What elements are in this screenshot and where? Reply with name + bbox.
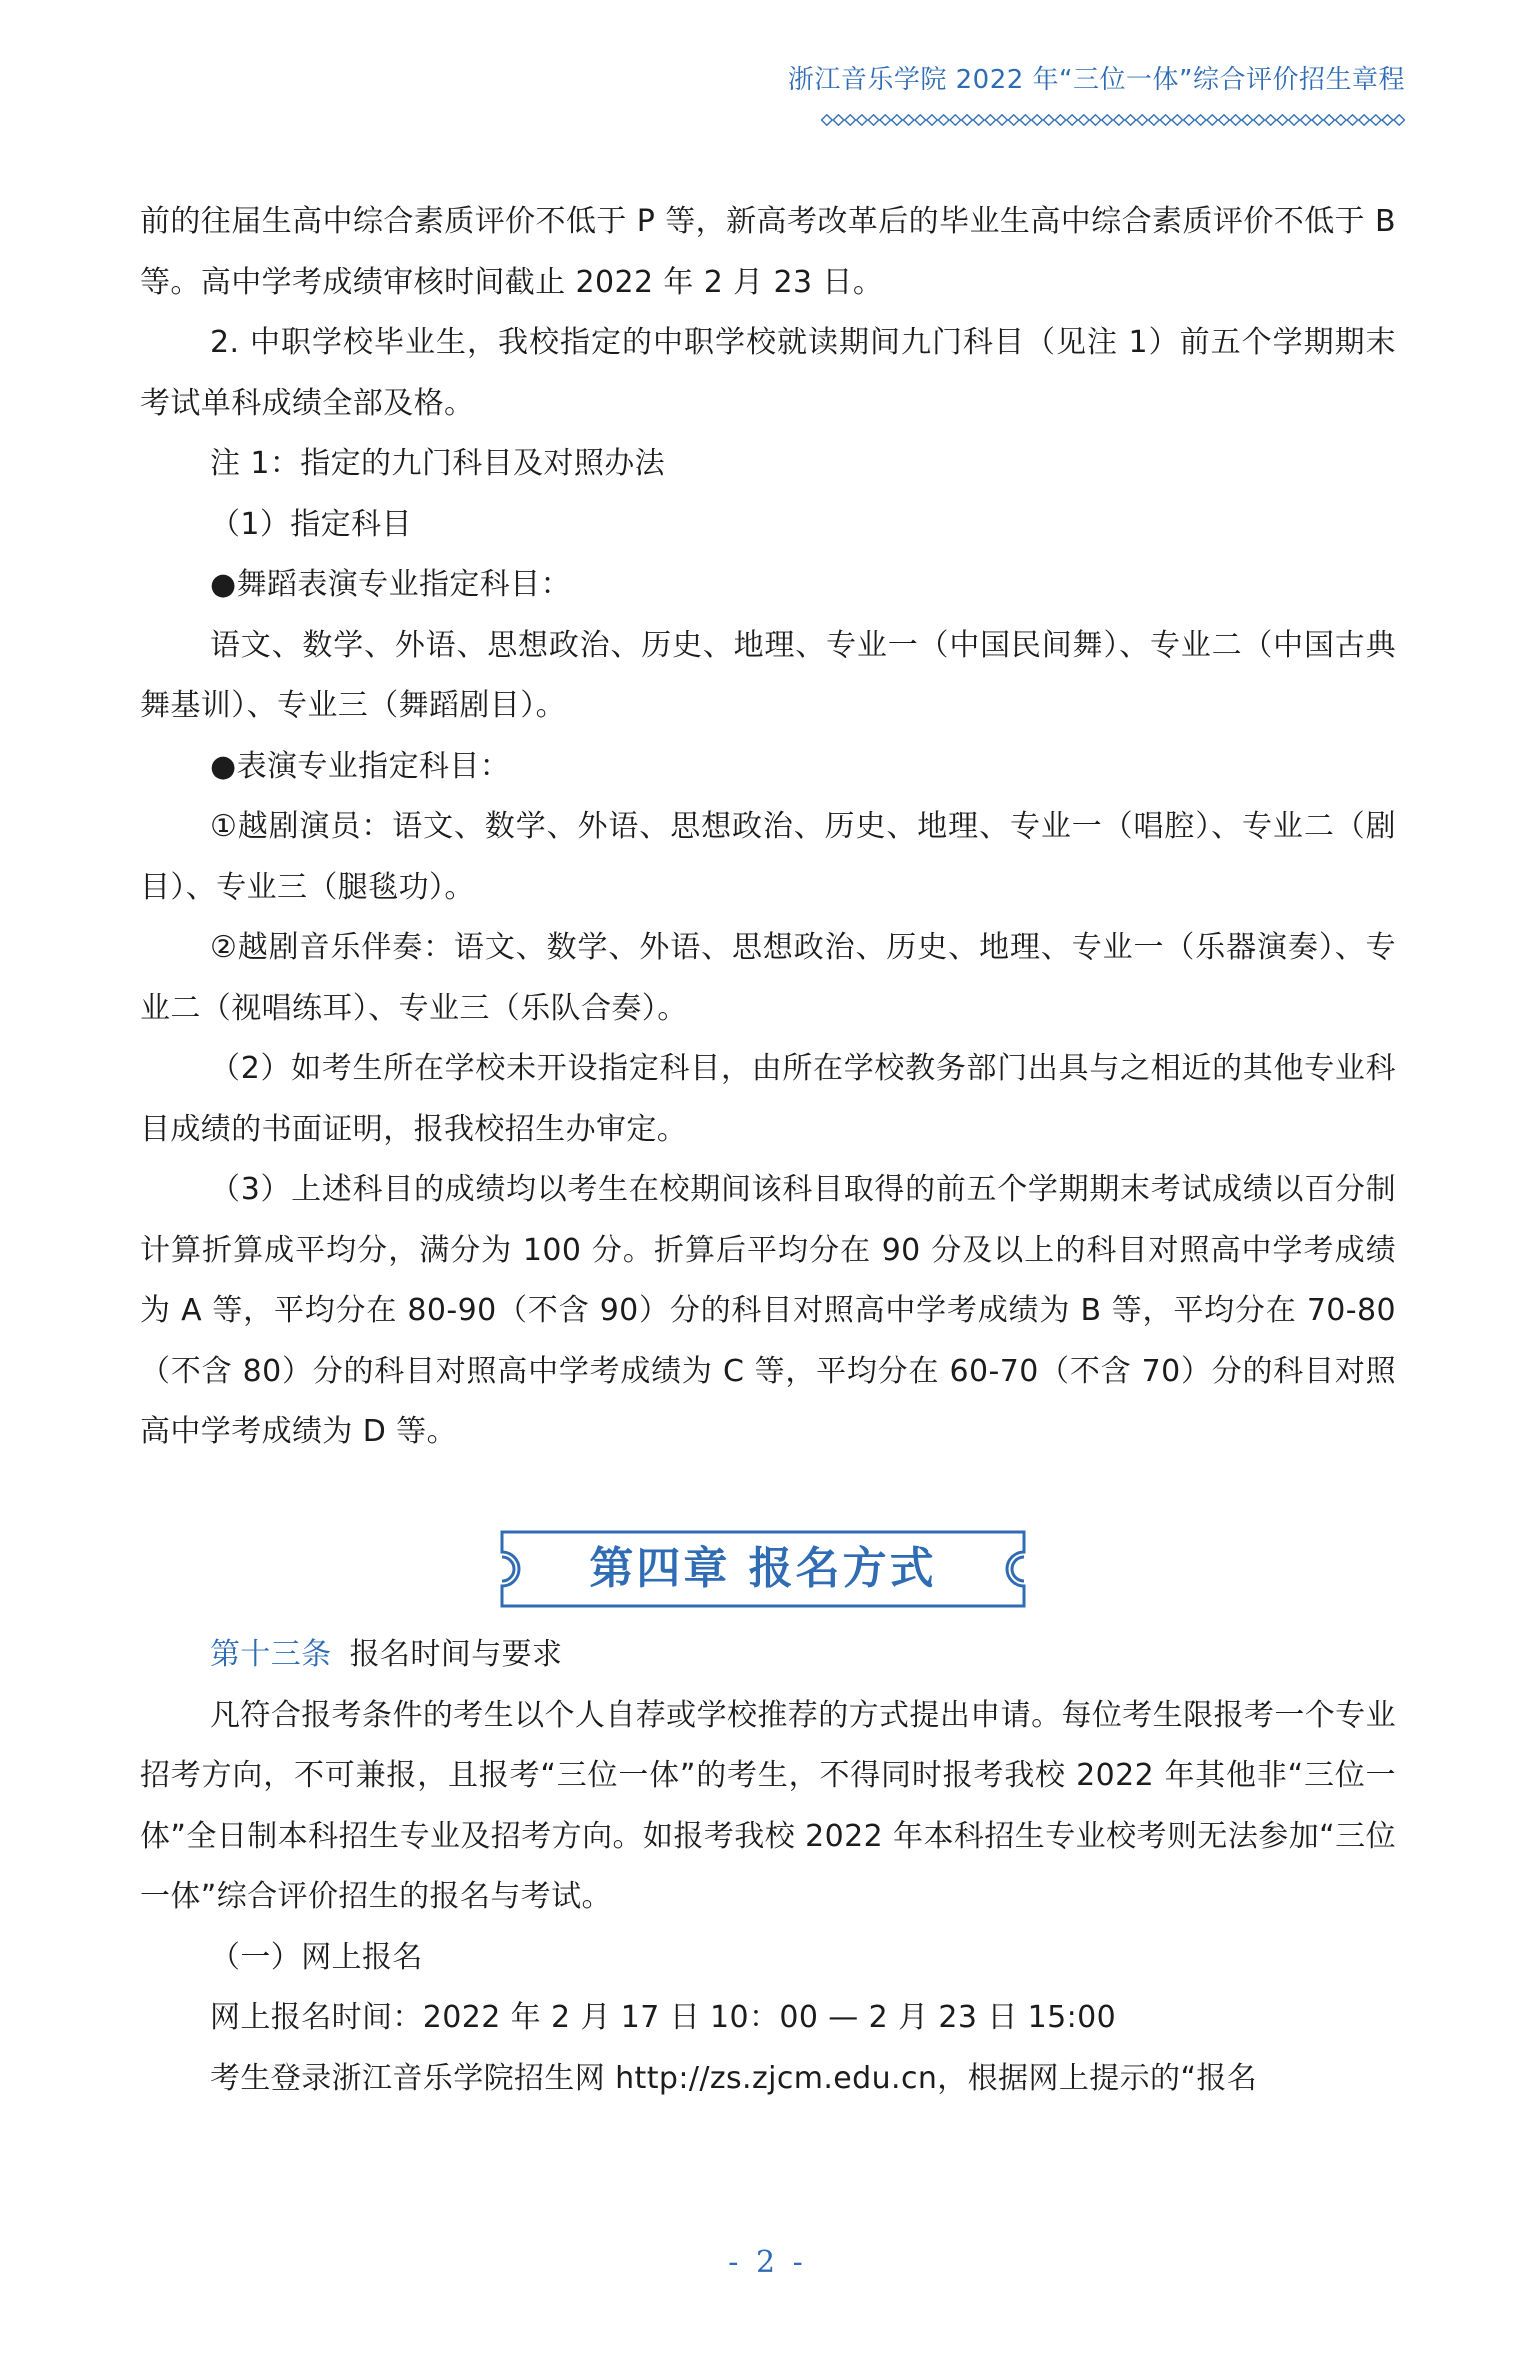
body-section-registration: 第十三条报名时间与要求 凡符合报考条件的考生以个人自荐或学校推荐的方式提出申请。… bbox=[140, 1625, 1396, 2109]
chapter-heading-frame: 第四章 报名方式 bbox=[500, 1530, 1026, 1608]
paragraph: ②越剧音乐伴奏：语文、数学、外语、思想政治、历史、地理、专业一（乐器演奏）、专业… bbox=[140, 918, 1396, 1039]
paragraph: 凡符合报考条件的考生以个人自荐或学校推荐的方式提出申请。每位考生限报考一个专业招… bbox=[140, 1686, 1396, 1928]
paragraph: （2）如考生所在学校未开设指定科目，由所在学校教务部门出具与之相近的其他专业科目… bbox=[140, 1039, 1396, 1160]
bullet-heading: ●舞蹈表演专业指定科目： bbox=[140, 555, 1396, 616]
paragraph: 语文、数学、外语、思想政治、历史、地理、专业一（中国民间舞）、专业二（中国古典舞… bbox=[140, 616, 1396, 737]
subheading: （1）指定科目 bbox=[140, 495, 1396, 556]
subheading: （一）网上报名 bbox=[140, 1928, 1396, 1989]
paragraph: （3）上述科目的成绩均以考生在校期间该科目取得的前五个学期期末考试成绩以百分制计… bbox=[140, 1160, 1396, 1463]
paragraph: 前的往届生高中综合素质评价不低于 P 等，新高考改革后的毕业生高中综合素质评价不… bbox=[140, 192, 1396, 313]
paragraph: 网上报名时间：2022 年 2 月 17 日 10：00 — 2 月 23 日 … bbox=[140, 1988, 1396, 2049]
article-number: 第十三条 bbox=[210, 1637, 332, 1672]
page-number: - 2 - bbox=[0, 2245, 1535, 2280]
chapter-title: 第四章 报名方式 bbox=[500, 1530, 1026, 1608]
running-header: 浙江音乐学院 2022 年“三位一体”综合评价招生章程 bbox=[788, 62, 1405, 130]
document-title: 浙江音乐学院 2022 年“三位一体”综合评价招生章程 bbox=[788, 62, 1405, 98]
paragraph: 考生登录浙江音乐学院招生网 http://zs.zjcm.edu.cn，根据网上… bbox=[140, 2049, 1396, 2110]
diamond-border-decoration bbox=[821, 114, 1405, 126]
paragraph: ①越剧演员：语文、数学、外语、思想政治、历史、地理、专业一（唱腔）、专业二（剧目… bbox=[140, 797, 1396, 918]
note-heading: 注 1：指定的九门科目及对照办法 bbox=[140, 434, 1396, 495]
article-title: 报名时间与要求 bbox=[350, 1637, 563, 1672]
paragraph: 2. 中职学校毕业生，我校指定的中职学校就读期间九门科目（见注 1）前五个学期期… bbox=[140, 313, 1396, 434]
body-section-eligibility: 前的往届生高中综合素质评价不低于 P 等，新高考改革后的毕业生高中综合素质评价不… bbox=[140, 192, 1396, 1463]
article-heading: 第十三条报名时间与要求 bbox=[140, 1625, 1396, 1686]
bullet-heading: ●表演专业指定科目： bbox=[140, 737, 1396, 798]
